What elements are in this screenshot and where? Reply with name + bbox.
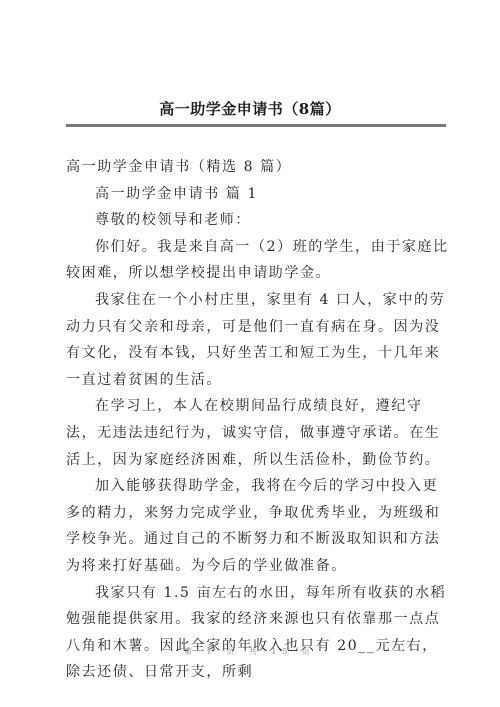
paragraph: 在学习上，本人在校期间品行成绩良好，遵纪守法，无违法违纪行为，诚实守信，做事遵守… (66, 393, 450, 473)
paragraph: 我家住在一个小村庄里，家里有 4 口人，家中的劳动力只有父亲和母亲，可是他们一直… (66, 287, 450, 393)
document-body: 高一助学金申请书（精选 8 篇） 高一助学金申请书 篇 1 尊敬的校领导和老师：… (66, 154, 450, 686)
document-title: 高一助学金申请书（8篇） (0, 98, 500, 119)
paragraph: 我家只有 1.5 亩左右的水田，每年所有收获的水稻勉强能提供家用。我家的经济来源… (66, 580, 450, 686)
document-subtitle: 高一助学金申请书（精选 8 篇） (66, 154, 450, 181)
paragraph: 加入能够获得助学金，我将在今后的学习中投入更多的精力，来努力完成学业，争取优秀毕… (66, 473, 450, 579)
page-indicator: 第 1 页 共 15 页 (0, 646, 500, 657)
section-heading: 高一助学金申请书 篇 1 (66, 181, 450, 208)
title-divider (66, 124, 446, 127)
salutation: 尊敬的校领导和老师： (66, 207, 450, 234)
paragraph: 你们好。我是来自高一（2）班的学生，由于家庭比较困难，所以想学校提出申请助学金。 (66, 234, 450, 287)
